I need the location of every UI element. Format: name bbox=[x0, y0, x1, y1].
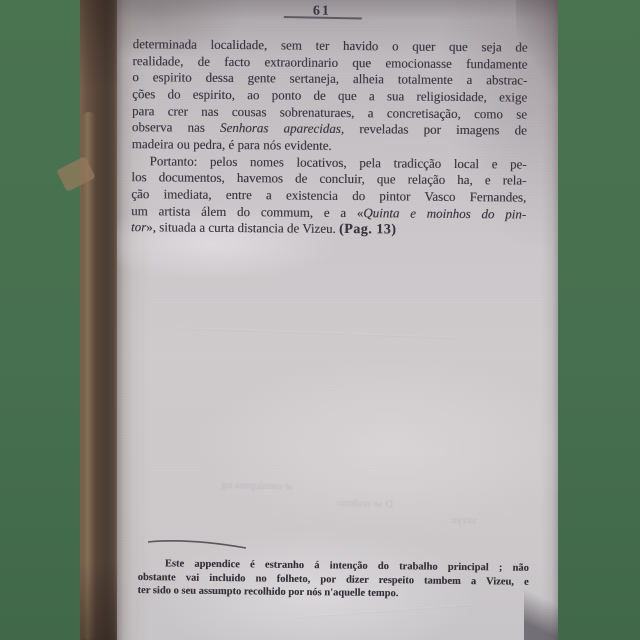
text-segment: determinada localidade, sem ter havido o… bbox=[133, 36, 528, 54]
text-segment: », situada a curta distancia de Vizeu. bbox=[146, 219, 339, 236]
italic-text-segment: Senhoras aparecidas, bbox=[220, 120, 344, 136]
text-segment: um artista álem do commum, e a « bbox=[131, 203, 363, 220]
spine-shadow-top bbox=[80, 0, 117, 90]
main-text-block: determinada localidade, sem ter havido o… bbox=[131, 36, 528, 240]
footnote-text: Este appendice é estranho á intenção do … bbox=[138, 557, 529, 603]
photo-of-open-book-page: at omnlupma ug D se nodmio savya 61 dete… bbox=[0, 0, 640, 640]
paragraph-portanto: Portanto: pelos nomes locativos, pela tr… bbox=[131, 153, 527, 241]
page-corner-shadow-bottom-right bbox=[524, 570, 558, 640]
text-segment: Portanto: pelos nomes locativos, pela tr… bbox=[150, 153, 527, 171]
italic-text-segment: tor bbox=[131, 219, 146, 234]
bold-text-segment: (Pag. 13) bbox=[339, 222, 397, 238]
book-page: at omnlupma ug D se nodmio savya 61 dete… bbox=[117, 0, 558, 640]
paragraph-continuation: determinada localidade, sem ter havido o… bbox=[132, 36, 528, 156]
text-segment: los documentos, havemos de concluir, que… bbox=[131, 169, 526, 187]
text-segment: observa nas bbox=[132, 119, 220, 135]
show-through-fragment: savya bbox=[451, 514, 476, 527]
page-corner-shadow-top-right bbox=[516, 0, 558, 95]
text-segment: madeira ou pedra, é para nós evidente. bbox=[132, 136, 332, 153]
text-segment: para crer nas cousas sobrenaturaes, a co… bbox=[132, 103, 527, 121]
show-through-fragment: D se nodmio bbox=[337, 497, 394, 510]
text-segment: ção imediata, entre a existencia do pint… bbox=[131, 186, 526, 204]
text-segment: ções do espirito, ao ponto de que a sua … bbox=[132, 86, 527, 104]
text-line: tor», situada a curta distancia de Vizeu… bbox=[131, 219, 526, 240]
text-segment: realidade, de facto extraordinario que e… bbox=[132, 53, 527, 71]
text-segment: reveladas por imagens de bbox=[344, 121, 527, 138]
spine-shadow-bottom bbox=[80, 560, 117, 640]
text-segment: ter sido o seu assumpto recolhido por nó… bbox=[138, 585, 399, 599]
text-segment: o espirito dessa gente sertaneja, alheia… bbox=[132, 69, 527, 87]
italic-text-segment: Quinta e moinhos do pin- bbox=[363, 205, 526, 221]
footnote-separator-rule bbox=[146, 538, 250, 552]
show-through-fragment: at omnlupma ug bbox=[221, 479, 293, 493]
show-through-text: at omnlupma ug D se nodmio savya bbox=[217, 479, 538, 529]
